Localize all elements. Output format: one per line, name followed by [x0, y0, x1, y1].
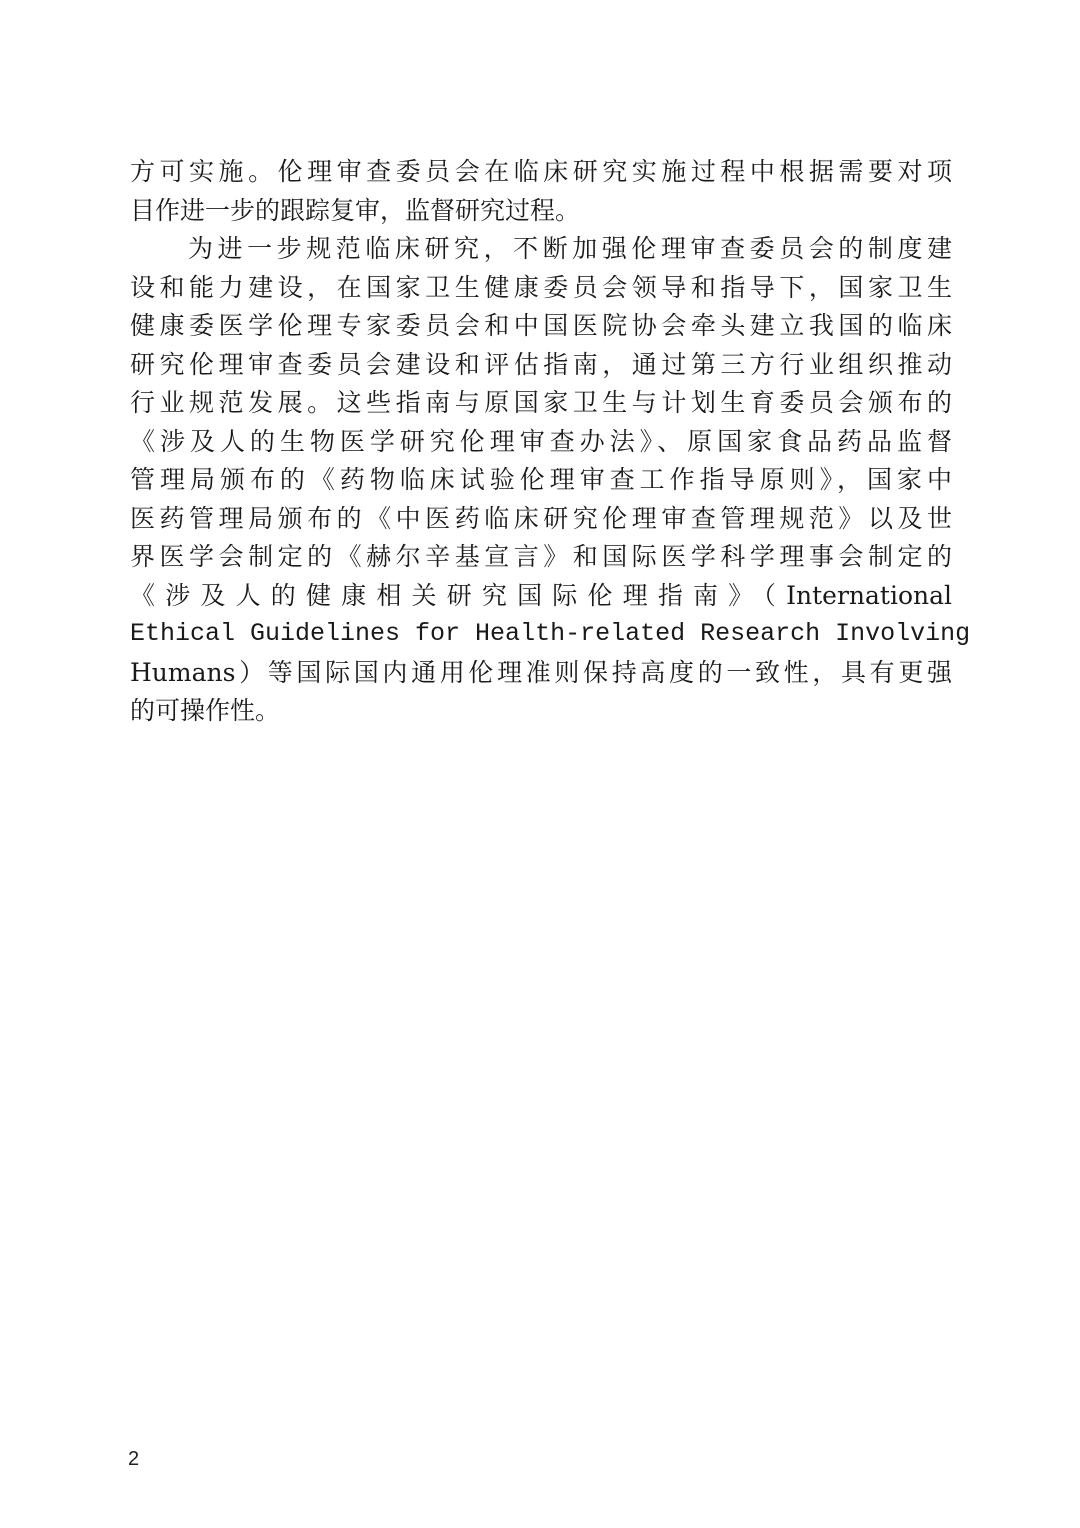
- text-line: 研究伦理审查委员会建设和评估指南，通过第三方行业组织推动: [130, 346, 952, 385]
- text-line: 方可实施。伦理审查委员会在临床研究实施过程中根据需要对项: [130, 153, 952, 192]
- text-line: 设和能力建设，在国家卫生健康委员会领导和指导下，国家卫生: [130, 269, 952, 308]
- text-line: 界医学会制定的《赫尔辛基宣言》和国际医学科学理事会制定的: [130, 538, 952, 577]
- text-line: Humans）等国际国内通用伦理准则保持高度的一致性，具有更强: [130, 654, 952, 693]
- text-line: 目作进一步的跟踪复审，监督研究过程。: [130, 192, 952, 231]
- text-line: 的可操作性。: [130, 692, 952, 731]
- document-page: 方可实施。伦理审查委员会在临床研究实施过程中根据需要对项 目作进一步的跟踪复审，…: [0, 0, 1080, 1528]
- text-line: 医药管理局颁布的《中医药临床研究伦理审查管理规范》以及世: [130, 500, 952, 539]
- body-text: 方可实施。伦理审查委员会在临床研究实施过程中根据需要对项 目作进一步的跟踪复审，…: [130, 153, 952, 731]
- text-line: 《涉及人的健康相关研究国际伦理指南》（International: [130, 577, 952, 616]
- text-line: 《涉及人的生物医学研究伦理审查办法》、原国家食品药品监督: [130, 423, 952, 462]
- text-line: 健康委医学伦理专家委员会和中国医院协会牵头建立我国的临床: [130, 307, 952, 346]
- text-line-paragraph-start: 为进一步规范临床研究，不断加强伦理审查委员会的制度建: [130, 230, 952, 269]
- page-number: 2: [128, 1448, 139, 1471]
- text-line-english: Ethical Guidelines for Health-related Re…: [130, 615, 952, 654]
- text-line: 行业规范发展。这些指南与原国家卫生与计划生育委员会颁布的: [130, 384, 952, 423]
- text-line: 管理局颁布的《药物临床试验伦理审查工作指导原则》，国家中: [130, 461, 952, 500]
